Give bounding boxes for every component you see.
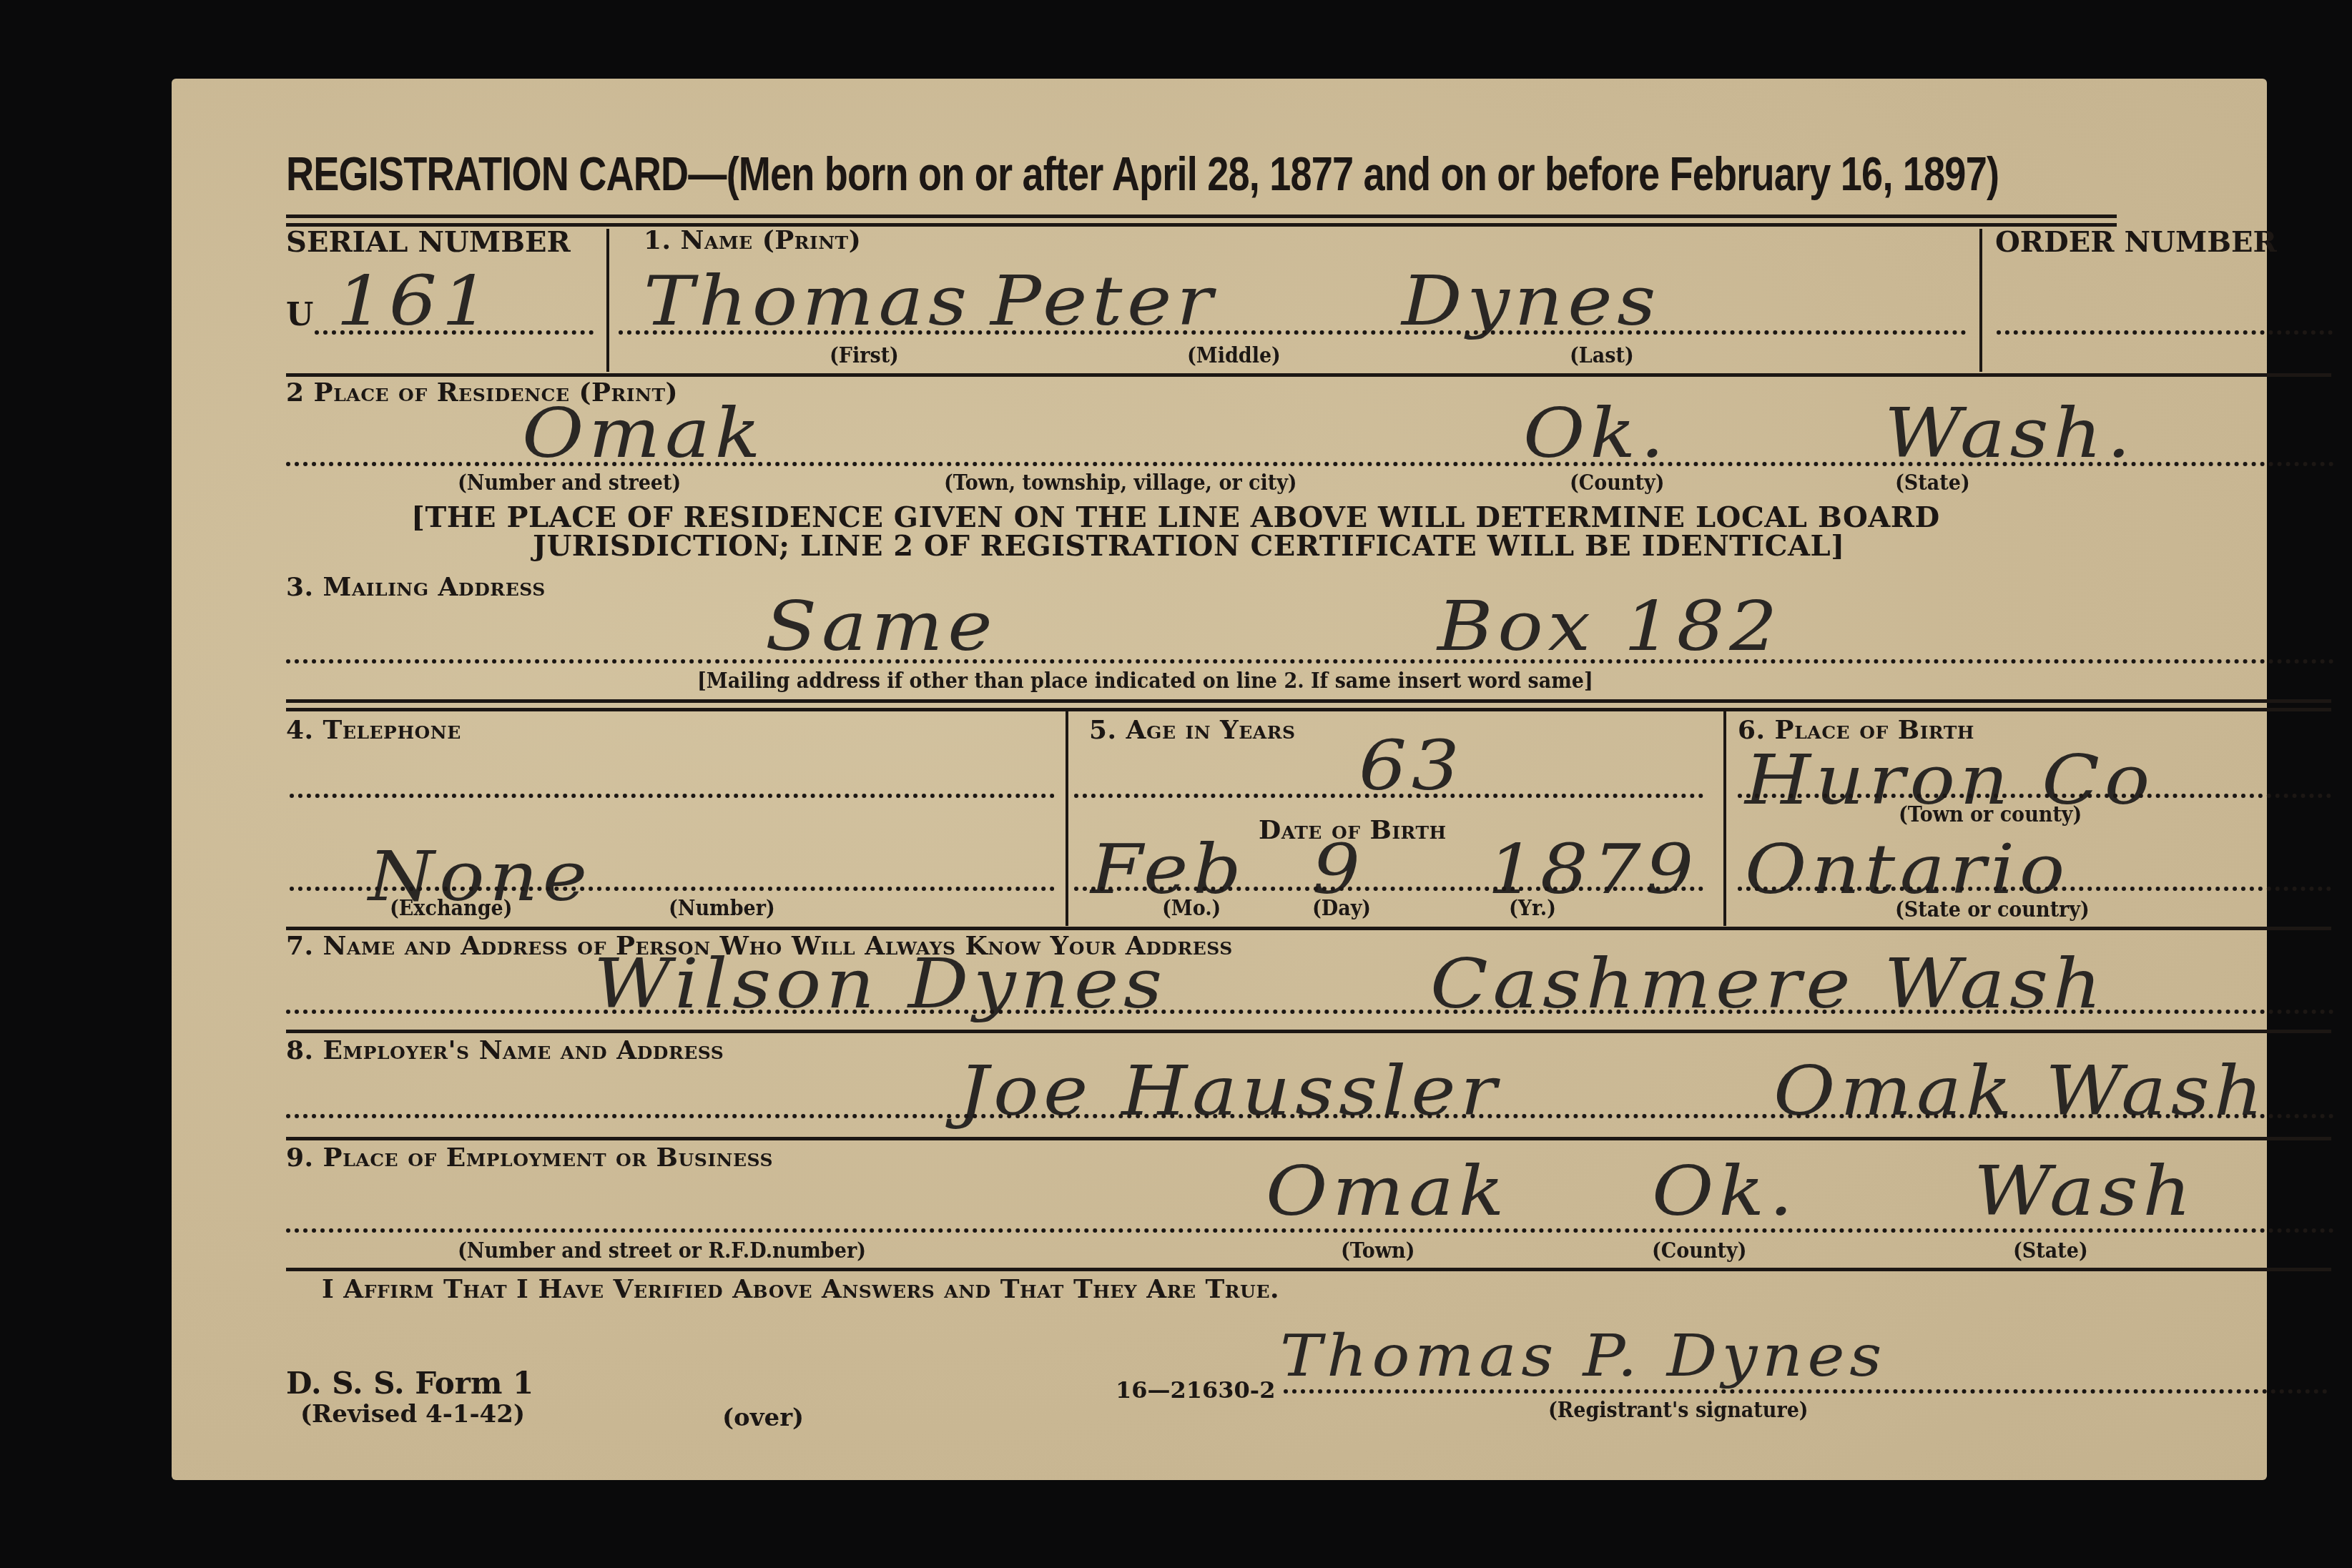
employer-label: 8. Employer's Name and Address: [286, 1035, 724, 1065]
employment-place-label: 9. Place of Employment or Business: [286, 1143, 773, 1173]
title-rule-top: [286, 215, 2117, 218]
print-code: 16—21630-2: [1116, 1376, 1275, 1404]
registrant-signature: Thomas P. Dynes: [1280, 1323, 1886, 1389]
serial-number-label: SERIAL NUMBER: [286, 225, 571, 259]
employment-dotted-line: [286, 1228, 2335, 1233]
serial-divider: [606, 229, 609, 372]
mailing-address-label: 3. Mailing Address: [286, 572, 546, 602]
residence-town-caption: (Town, township, village, or city): [944, 470, 1297, 495]
employment-state: Wash: [1974, 1151, 2196, 1231]
dob-year-caption: (Yr.): [1509, 896, 1556, 921]
employment-town-caption: (Town): [1341, 1238, 1414, 1263]
residence-county-caption: (County): [1570, 470, 1664, 495]
name-label: 1. Name (Print): [644, 225, 861, 255]
name-last: Dynes: [1402, 261, 1660, 341]
residence-notice-line2: JURISDICTION; LINE 2 OF REGISTRATION CER…: [533, 529, 1845, 563]
name-last-caption: (Last): [1570, 343, 1634, 368]
employer-dotted-line: [286, 1114, 2335, 1118]
dob-month-caption: (Mo.): [1162, 896, 1221, 921]
form-revised: (Revised 4-1-42): [300, 1400, 525, 1429]
telephone-number-caption: (Number): [669, 896, 775, 921]
registration-card: REGISTRATION CARD—(Men born on or after …: [172, 79, 2267, 1480]
row9-rule: [286, 1268, 2331, 1271]
name-middle-caption: (Middle): [1187, 343, 1281, 368]
birthplace-state-caption: (State or country): [1895, 897, 2090, 922]
birthplace-dotted-line-1: [1738, 794, 2331, 798]
mailing-dotted-line: [286, 659, 2335, 664]
name-first-caption: (First): [830, 343, 899, 368]
residence-street-caption: (Number and street): [458, 470, 681, 495]
affirmation-text: I Affirm That I Have Verified Above Answ…: [322, 1274, 1279, 1304]
mailing-caption: [Mailing address if other than place ind…: [697, 669, 1593, 694]
mailing-address-box: Box 182: [1437, 586, 1782, 666]
signature-caption: (Registrant's signature): [1548, 1398, 1809, 1423]
row4-rule: [286, 927, 2331, 930]
name-middle: Peter: [990, 261, 1217, 341]
row7-rule: [286, 1030, 2331, 1033]
telephone-dotted-line-1: [290, 794, 1055, 798]
birthplace-town-caption: (Town or county): [1899, 802, 2082, 827]
employment-county: Ok.: [1652, 1151, 1798, 1231]
age-label: 5. Age in Years: [1089, 715, 1296, 745]
employment-street-caption: (Number and street or R.F.D.number): [458, 1238, 866, 1263]
serial-prefix: U: [286, 297, 313, 333]
serial-dotted-line: [315, 330, 594, 335]
telephone-divider: [1066, 711, 1068, 926]
order-number-dotted-line: [1997, 330, 2333, 335]
row8-rule: [286, 1137, 2331, 1140]
order-divider: [1979, 229, 1982, 372]
mailing-address-value: Same: [765, 586, 997, 666]
card-title: REGISTRATION CARD—(Men born on or after …: [286, 147, 1999, 201]
birthplace-dotted-line-2: [1738, 887, 2331, 891]
residence-state-caption: (State): [1895, 470, 1970, 495]
employer-name: Joe Haussler: [958, 1051, 1501, 1131]
name-first: Thomas: [644, 261, 972, 341]
row1-rule: [286, 373, 2331, 377]
telephone-label: 4. Telephone: [286, 715, 461, 745]
age-divider: [1723, 711, 1726, 926]
name-dotted-line: [619, 330, 1967, 335]
dob-dotted-line: [1074, 887, 1703, 891]
row3-rule-bottom: [286, 708, 2331, 711]
signature-dotted-line: [1284, 1389, 2328, 1394]
employment-town: Omak: [1266, 1151, 1509, 1231]
telephone-exchange-caption: (Exchange): [390, 896, 512, 921]
telephone-dotted-line-2: [290, 887, 1055, 891]
employment-county-caption: (County): [1652, 1238, 1746, 1263]
form-number: D. S. S. Form 1: [286, 1366, 533, 1401]
employer-address: Omak Wash: [1773, 1051, 2268, 1131]
residence-dotted-line: [286, 462, 2335, 466]
contact-dotted-line: [286, 1010, 2335, 1014]
serial-number-value: 161: [336, 261, 494, 341]
age-dotted-line: [1074, 794, 1703, 798]
dob-day-caption: (Day): [1312, 896, 1371, 921]
row3-rule-top: [286, 699, 2331, 703]
employment-state-caption: (State): [2013, 1238, 2088, 1263]
order-number-label: ORDER NUMBER: [1995, 225, 2277, 259]
over-indicator: (over): [722, 1404, 804, 1432]
